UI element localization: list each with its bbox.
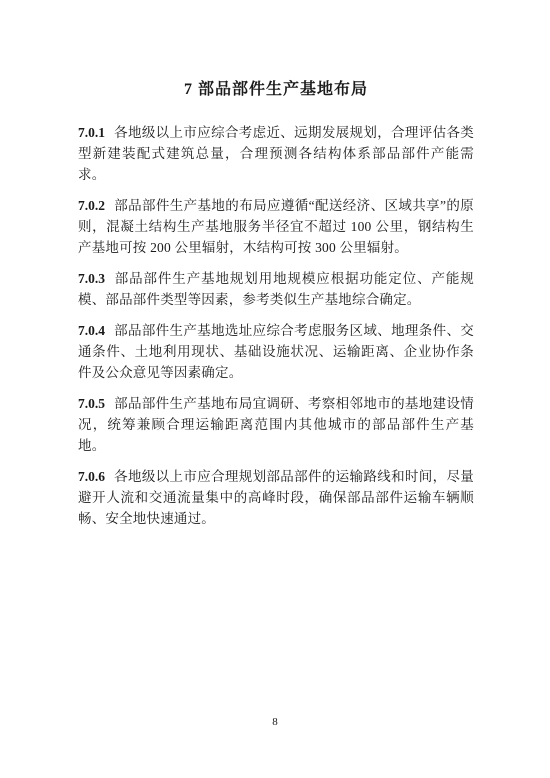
clause-paragraph: 7.0.3部品部件生产基地规划用地规模应根据功能定位、产能规模、部品部件类型等因… xyxy=(78,268,474,310)
clause-number: 7.0.4 xyxy=(78,323,105,338)
clause-number: 7.0.3 xyxy=(78,271,105,286)
clause-text: 各地级以上市应综合考虑近、远期发展规划，合理评估各类型新建装配式建筑总量，合理预… xyxy=(78,125,474,182)
page-number: 8 xyxy=(0,716,550,728)
clause-text: 部品部件生产基地规划用地规模应根据功能定位、产能规模、部品部件类型等因素，参考类… xyxy=(78,271,474,307)
clause-paragraph: 7.0.2部品部件生产基地的布局应遵循“配送经济、区域共享”的原则，混凝土结构生… xyxy=(78,195,474,258)
clause-text: 部品部件生产基地的布局应遵循“配送经济、区域共享”的原则，混凝土结构生产基地服务… xyxy=(78,198,474,255)
chapter-title: 7 部品部件生产基地布局 xyxy=(78,80,474,100)
clause-number: 7.0.5 xyxy=(78,396,105,411)
clause-number: 7.0.2 xyxy=(78,198,105,213)
clause-paragraph: 7.0.1各地级以上市应综合考虑近、远期发展规划，合理评估各类型新建装配式建筑总… xyxy=(78,122,474,185)
clause-paragraph: 7.0.6各地级以上市应合理规划部品部件的运输路线和时间，尽量避开人流和交通流量… xyxy=(78,466,474,529)
document-content: 7 部品部件生产基地布局 7.0.1各地级以上市应综合考虑近、远期发展规划，合理… xyxy=(78,80,474,539)
clause-text: 部品部件生产基地布局宜调研、考察相邻地市的基地建设情况，统筹兼顾合理运输距离范围… xyxy=(78,396,474,453)
clause-paragraph: 7.0.4部品部件生产基地选址应综合考虑服务区域、地理条件、交通条件、土地利用现… xyxy=(78,320,474,383)
clause-text: 各地级以上市应合理规划部品部件的运输路线和时间，尽量避开人流和交通流量集中的高峰… xyxy=(78,469,474,526)
document-page: 7 部品部件生产基地布局 7.0.1各地级以上市应综合考虑近、远期发展规划，合理… xyxy=(0,0,550,778)
clause-number: 7.0.1 xyxy=(78,125,105,140)
clause-paragraph: 7.0.5部品部件生产基地布局宜调研、考察相邻地市的基地建设情况，统筹兼顾合理运… xyxy=(78,393,474,456)
clause-text: 部品部件生产基地选址应综合考虑服务区域、地理条件、交通条件、土地利用现状、基础设… xyxy=(78,323,474,380)
clause-number: 7.0.6 xyxy=(78,469,105,484)
